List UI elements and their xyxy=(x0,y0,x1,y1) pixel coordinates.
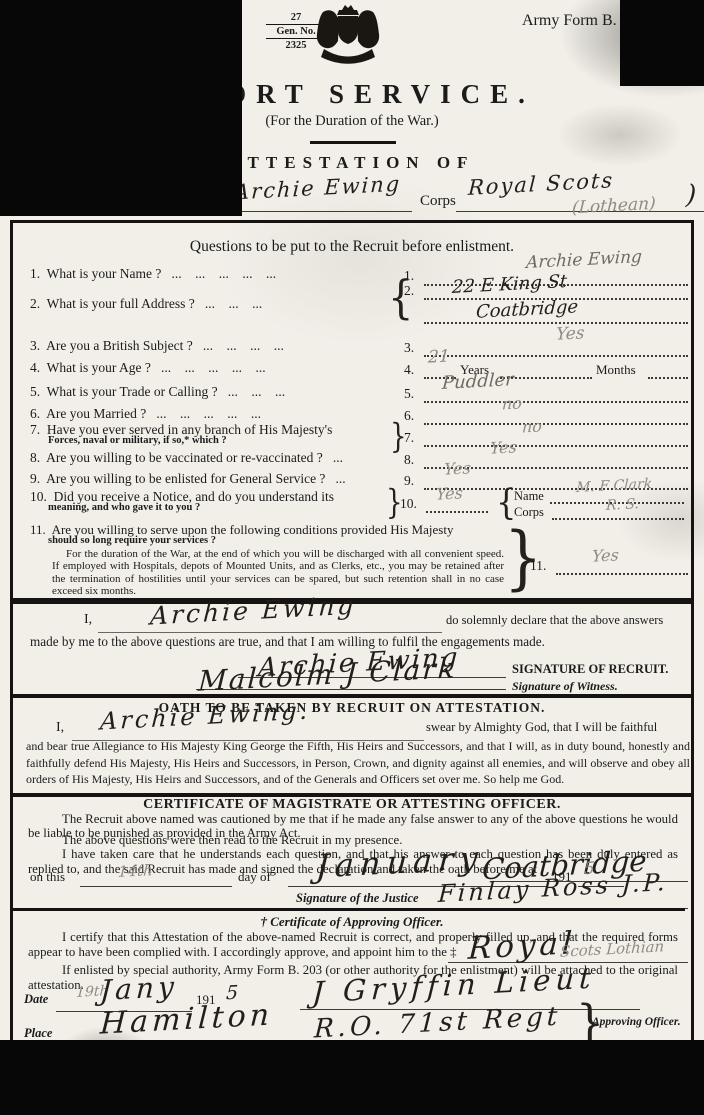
corps-paren: ) xyxy=(685,180,697,212)
q11-answer-handwriting: Yes xyxy=(592,545,620,566)
q10-answer-handwriting: Yes xyxy=(436,483,464,504)
certificate-divider xyxy=(13,908,685,911)
q6-answer-handwriting: no xyxy=(502,393,523,413)
q5-answer-line xyxy=(424,400,688,403)
q8-dots: ... xyxy=(333,450,343,465)
q4-text: What is your Age ? xyxy=(47,360,151,375)
ornament-rule xyxy=(310,141,396,144)
royal-coat-of-arms-icon xyxy=(312,5,384,76)
q10-corps-handwriting: R. S. xyxy=(606,496,640,515)
corps-handwriting-2: (Lothean) xyxy=(572,194,657,219)
q4-label: 4. What is your Age ? ... ... ... ... ..… xyxy=(30,360,266,376)
q4-age-handwriting: 21 xyxy=(427,346,450,368)
q9-dots: ... xyxy=(336,471,346,486)
q3-dots: ... ... ... ... xyxy=(203,338,284,353)
declaration-text: do solemnly declare that the above answe… xyxy=(446,613,663,628)
q2-answer-number: 2. xyxy=(404,283,414,299)
q11-conditions-paragraph: For the duration of the War, at the end … xyxy=(52,548,504,598)
q1-text: What is your Name ? xyxy=(47,266,162,281)
q5-dots: ... ... ... xyxy=(228,384,285,399)
q5-number: 5. xyxy=(30,384,40,399)
q2-number: 2. xyxy=(30,296,40,311)
q7-number: 7. xyxy=(30,422,40,437)
q9-label: 9. Are you willing to be enlisted for Ge… xyxy=(30,471,346,487)
q3-text: Are you a British Subject ? xyxy=(46,338,193,353)
q4-answer-line-c xyxy=(648,376,688,379)
q6-label: 6. Are you Married ? ... ... ... ... ... xyxy=(30,406,261,422)
q9-text: Are you willing to be enlisted for Gener… xyxy=(46,471,325,486)
corps-label: Corps xyxy=(420,192,456,210)
approving-title: † Certificate of Approving Officer. xyxy=(0,914,704,930)
q10-label-2: meaning, and who gave it to you ? xyxy=(48,502,200,515)
q9-number: 9. xyxy=(30,471,40,486)
q11-number: 11. xyxy=(30,522,46,537)
q10-answer-line xyxy=(426,510,488,513)
justice-label: Signature of the Justice xyxy=(296,891,419,906)
q7-answer-handwriting: no xyxy=(522,416,543,436)
approving-officer-label: Approving Officer. xyxy=(592,1016,681,1030)
q8-label: 8. Are you willing to be vaccinated or r… xyxy=(30,450,343,466)
q7-label-2: Forces, naval or military, if so,* which… xyxy=(48,435,227,448)
place-label: Place xyxy=(24,1026,52,1041)
q3-number: 3. xyxy=(30,338,40,353)
scan-edge-top-left xyxy=(0,0,242,216)
oath-i-label: I, xyxy=(56,720,64,737)
q6-text: Are you Married ? xyxy=(46,406,146,421)
q10-answer-number: 10. xyxy=(400,496,417,512)
q8-answer-number: 8. xyxy=(404,452,414,468)
q8-number: 8. xyxy=(30,450,40,465)
oath-body: and bear true Allegiance to His Majesty … xyxy=(26,738,690,788)
day-handwriting: 14th xyxy=(118,861,154,881)
q4-months-label: Months xyxy=(596,362,636,378)
q5-answer-handwriting: Puddler xyxy=(441,369,514,394)
q9-answer-handwriting: Yes xyxy=(444,458,472,479)
q10-number: 10. xyxy=(30,489,47,504)
day-of-label: day of xyxy=(238,869,271,885)
q10-corps-line xyxy=(552,517,684,520)
on-this-label: on this xyxy=(30,869,65,885)
q1-label: 1. What is your Name ? ... ... ... ... .… xyxy=(30,266,276,282)
q6-answer-line xyxy=(424,422,688,425)
scan-edge-top-right xyxy=(620,0,704,86)
q8-answer-handwriting: Yes xyxy=(490,437,518,458)
q11-answer-number: 11. xyxy=(530,558,546,574)
q5-text: What is your Trade or Calling ? xyxy=(47,384,218,399)
q7-answer-line xyxy=(424,444,688,447)
q11-label-2: should so long require your services ? xyxy=(48,535,216,548)
q6-number: 6. xyxy=(30,406,40,421)
scan-edge-bottom xyxy=(0,1040,704,1115)
date-label: Date xyxy=(24,992,48,1007)
q3-answer-line xyxy=(424,354,688,357)
q6-dots: ... ... ... ... ... xyxy=(156,406,261,421)
q4-dots: ... ... ... ... ... xyxy=(161,360,266,375)
q2-answer-line-2 xyxy=(424,321,688,324)
q3-answer-number: 3. xyxy=(404,340,414,356)
q5-answer-number: 5. xyxy=(404,386,414,402)
q5-label: 5. What is your Trade or Calling ? ... .… xyxy=(30,384,285,400)
q3-answer-handwriting: Yes xyxy=(555,323,585,345)
q4-number: 4. xyxy=(30,360,40,375)
q3-label: 3. Are you a British Subject ? ... ... .… xyxy=(30,338,284,354)
scanned-attestation-form: 8749—966 250m 10/14 T. & W. Ld. 27 Gen. … xyxy=(0,0,704,1115)
declaration-text-2: made by me to the above questions are tr… xyxy=(30,634,545,650)
declaration-i-label: I, xyxy=(84,612,92,629)
q1-dots: ... ... ... ... ... xyxy=(171,266,276,281)
day-line xyxy=(80,885,232,887)
q1-number: 1. xyxy=(30,266,40,281)
q10-name-label: Name xyxy=(514,489,544,504)
recruit-signature-label: SIGNATURE OF RECRUIT. xyxy=(512,662,668,677)
q4-answer-number: 4. xyxy=(404,362,414,378)
oath-text-after: swear by Almighty God, that I will be fa… xyxy=(426,720,657,735)
q9-answer-number: 9. xyxy=(404,473,414,489)
q8-text: Are you willing to be vaccinated or re-v… xyxy=(46,450,323,465)
q7-answer-number: 7. xyxy=(404,430,414,446)
q2-dots: ... ... ... xyxy=(205,296,262,311)
name-handwriting: Archie Ewing xyxy=(233,172,401,206)
q2-label: 2. What is your full Address ? ... ... .… xyxy=(30,296,262,312)
witness-signature-label: Signature of Witness. xyxy=(512,679,618,693)
q2-text: What is your full Address ? xyxy=(47,296,195,311)
q11-answer-line xyxy=(556,572,688,575)
